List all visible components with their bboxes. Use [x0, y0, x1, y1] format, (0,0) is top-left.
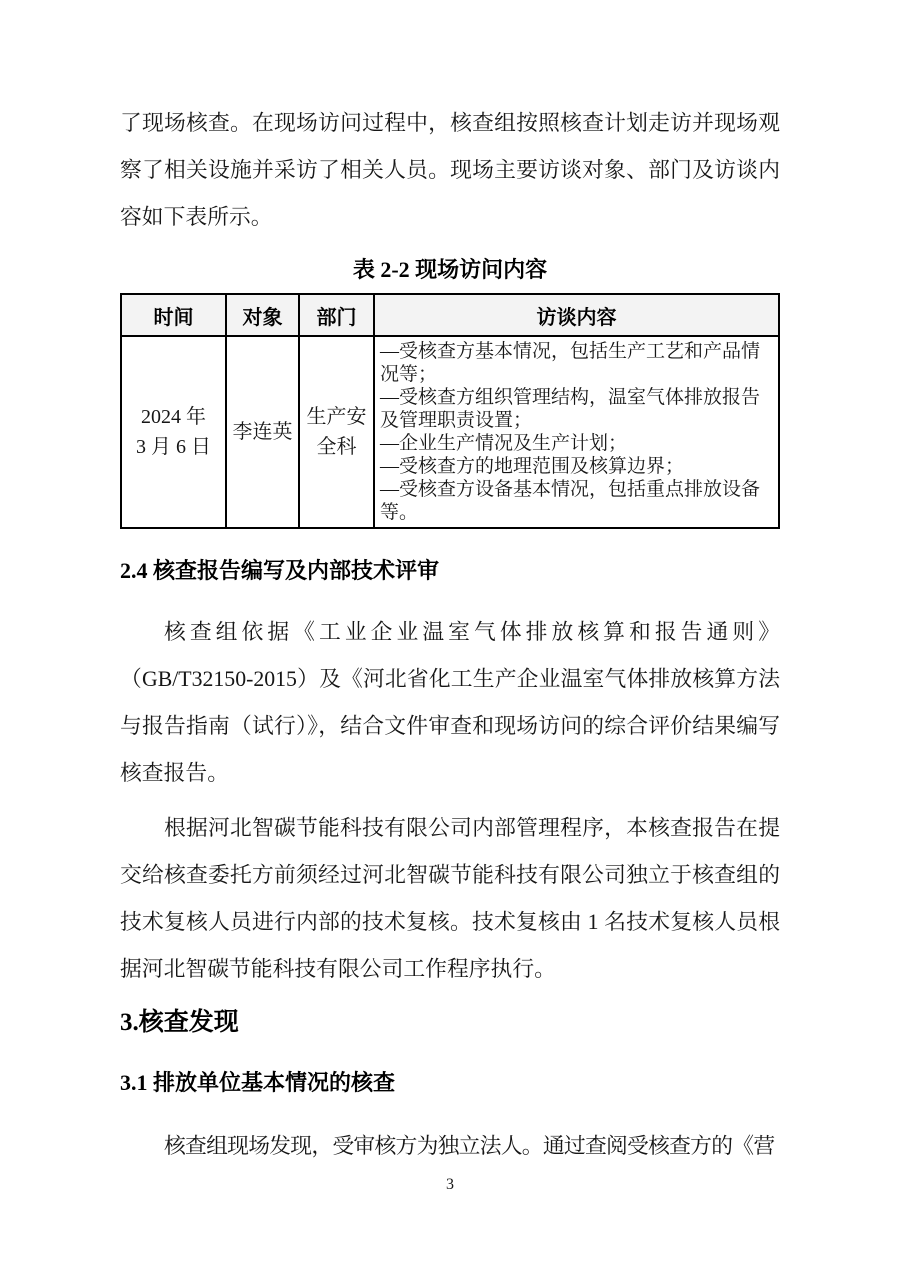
interview-item: —企业生产情况及生产计划； [380, 432, 775, 455]
cell-time: 2024 年 3 月 6 日 [121, 336, 226, 528]
cell-interview-content: —受核查方基本情况，包括生产工艺和产品情况等； —受核查方组织管理结构，温室气体… [374, 336, 779, 528]
paragraph-continued-intro: 了现场核查。在现场访问过程中，核查组按照核查计划走访并现场观察了相关设施并采访了… [120, 100, 780, 241]
column-header-time: 时间 [121, 294, 226, 336]
interview-item: —受核查方基本情况，包括生产工艺和产品情况等； [380, 340, 775, 386]
column-header-dept: 部门 [299, 294, 374, 336]
cell-person: 李连英 [226, 336, 299, 528]
table-caption: 表 2-2 现场访问内容 [120, 255, 780, 285]
paragraph-finding-intro: 核查组现场发现，受审核方为独立法人。通过查阅受核查方的《营 [120, 1123, 780, 1170]
heading-section-3-1: 3.1 排放单位基本情况的核查 [120, 1067, 780, 1099]
paragraph-internal-review: 根据河北智碳节能科技有限公司内部管理程序，本核查报告在提交给核查委托方前须经过河… [120, 805, 780, 993]
table-header-row: 时间 对象 部门 访谈内容 [121, 294, 779, 336]
column-header-person: 对象 [226, 294, 299, 336]
heading-section-3: 3.核查发现 [120, 1005, 780, 1041]
interview-table: 时间 对象 部门 访谈内容 2024 年 3 月 6 日 李连英 生产安 全科 … [120, 293, 780, 529]
table-row: 2024 年 3 月 6 日 李连英 生产安 全科 —受核查方基本情况，包括生产… [121, 336, 779, 528]
page-number: 3 [0, 1176, 900, 1194]
document-page: 了现场核查。在现场访问过程中，核查组按照核查计划走访并现场观察了相关设施并采访了… [0, 0, 900, 1273]
interview-item: —受核查方设备基本情况，包括重点排放设备等。 [380, 478, 775, 524]
heading-section-2-4: 2.4 核查报告编写及内部技术评审 [120, 555, 780, 587]
paragraph-basis: 核查组依据《工业企业温室气体排放核算和报告通则》（GB/T32150-2015）… [120, 609, 780, 797]
cell-department: 生产安 全科 [299, 336, 374, 528]
interview-item: —受核查方组织管理结构，温室气体排放报告及管理职责设置； [380, 386, 775, 432]
interview-item: —受核查方的地理范围及核算边界； [380, 455, 775, 478]
column-header-content: 访谈内容 [374, 294, 779, 336]
